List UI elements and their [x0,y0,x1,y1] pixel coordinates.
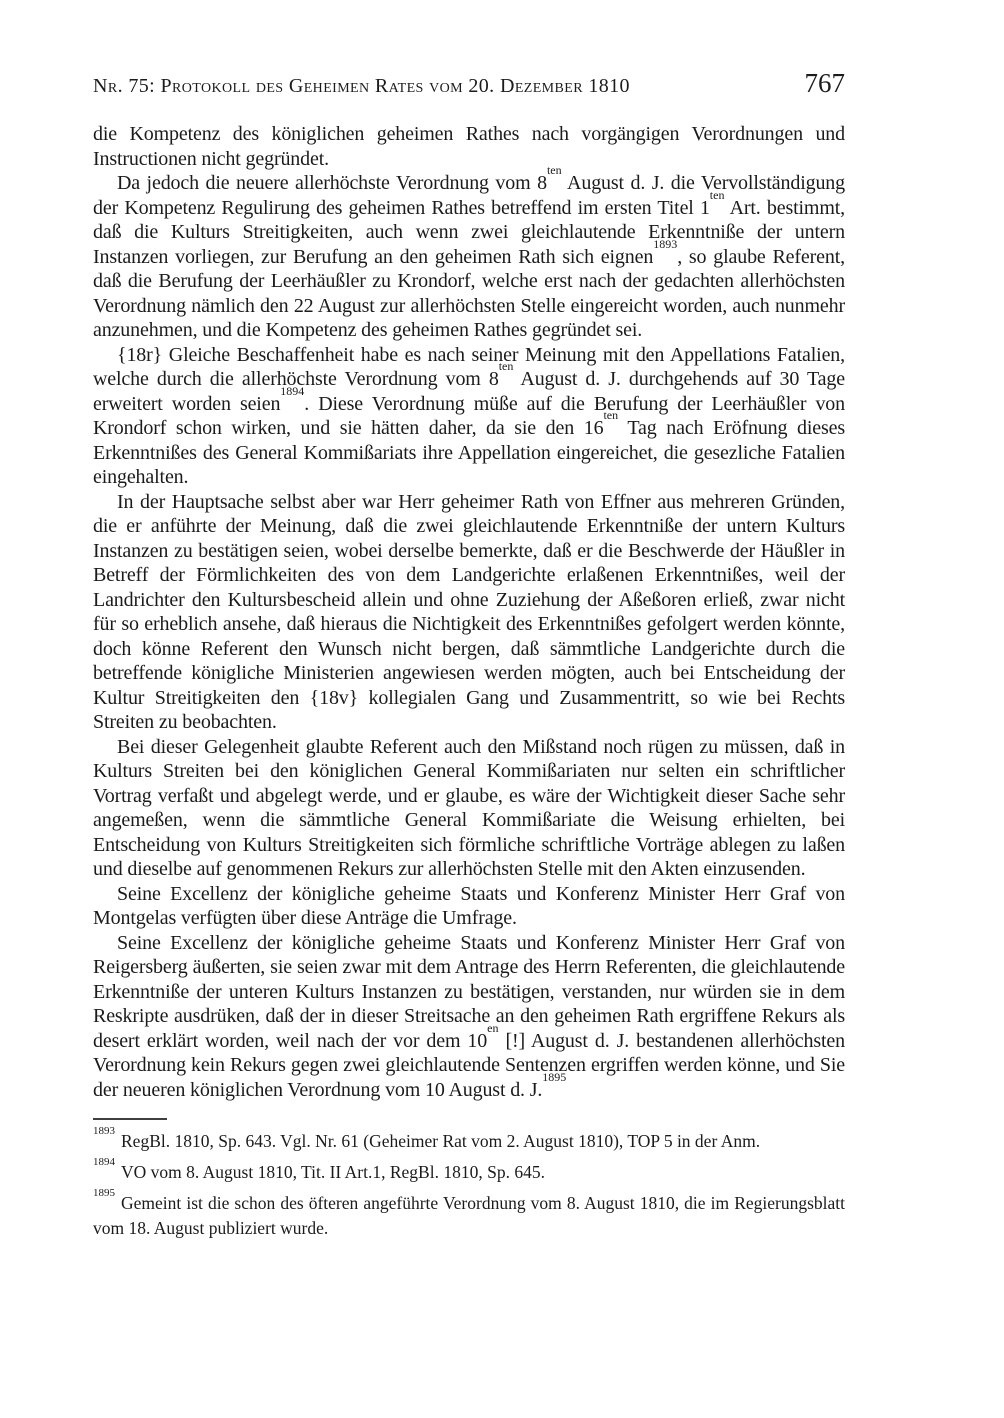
running-header-title: Nr. 75: Protokoll des Geheimen Rates vom… [93,75,630,98]
footnote-number: 1895 [93,1187,115,1199]
document-page: Nr. 75: Protokoll des Geheimen Rates vom… [0,0,1004,1418]
footnote-ref: 1895 [542,1070,566,1084]
footnote-ref: 1893 [653,237,677,251]
page-number: 767 [805,68,846,99]
ordinal-superscript: en [487,1021,498,1035]
ordinal-superscript: ten [603,408,618,422]
paragraph: In der Hauptsache selbst aber war Herr g… [93,490,845,735]
footnote-item: 1893RegBl. 1810, Sp. 643. Vgl. Nr. 61 (G… [93,1129,845,1154]
footnote-ref: 1894 [280,384,304,398]
footnote-item: 1894VO vom 8. August 1810, Tit. II Art.1… [93,1160,845,1185]
paragraph: Da jedoch die neuere allerhöchste Verord… [93,171,845,343]
text-block: Nr. 75: Protokoll des Geheimen Rates vom… [93,0,845,1247]
footnote-number: 1894 [93,1156,115,1168]
footnotes: 1893RegBl. 1810, Sp. 643. Vgl. Nr. 61 (G… [93,1129,845,1241]
paragraph: die Kompetenz des königlichen geheimen R… [93,122,845,171]
paragraph: Bei dieser Gelegenheit glaubte Referent … [93,735,845,882]
footnote-number: 1893 [93,1125,115,1137]
ordinal-superscript: ten [499,359,514,373]
paragraph: Seine Excellenz der königliche geheime S… [93,882,845,931]
footnote-separator [93,1118,167,1120]
page-header: Nr. 75: Protokoll des Geheimen Rates vom… [93,68,845,99]
ordinal-superscript: ten [710,188,725,202]
body-text: die Kompetenz des königlichen geheimen R… [93,122,845,1102]
paragraph: Seine Excellenz der königliche geheime S… [93,931,845,1103]
ordinal-superscript: ten [547,163,562,177]
footnote-item: 1895Gemeint ist die schon des öfteren an… [93,1191,845,1241]
paragraph: {18r} Gleiche Beschaffenheit habe es nac… [93,343,845,490]
